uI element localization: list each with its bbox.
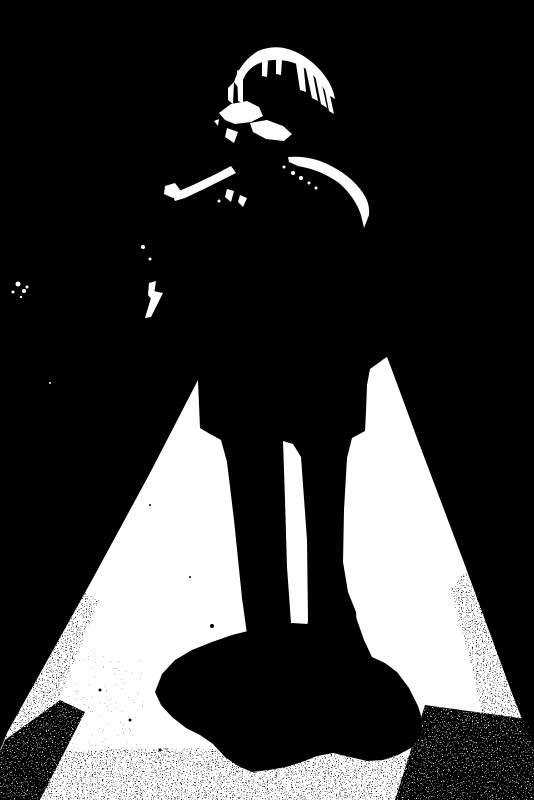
bg-speck xyxy=(20,296,22,298)
floor-speck xyxy=(129,719,132,722)
photo-svg: Figure standing in a beam of light xyxy=(0,0,534,800)
coat-speck xyxy=(141,245,145,249)
floor-speck xyxy=(99,689,102,692)
photo-canvas: Figure standing in a beam of light xyxy=(0,0,534,800)
floor-speck xyxy=(66,606,69,609)
shoulder-speck xyxy=(299,176,303,180)
floor-speck xyxy=(149,504,151,506)
coat-speck xyxy=(149,258,152,261)
shoulder-speck xyxy=(291,171,295,175)
floor-speck xyxy=(189,576,191,578)
hair-strand xyxy=(276,59,282,75)
bg-speck xyxy=(22,289,26,293)
floor-speck xyxy=(159,749,162,752)
shoulder-speck xyxy=(315,187,318,190)
bg-speck xyxy=(12,291,15,294)
shoulder-speck xyxy=(308,182,311,185)
mid-floor-grain xyxy=(35,640,150,760)
shoulder-speck xyxy=(283,166,286,169)
bg-speck xyxy=(16,282,21,287)
bg-speck xyxy=(26,286,29,289)
strap-speck xyxy=(218,200,221,203)
floor-speck xyxy=(210,624,214,628)
hair-strand xyxy=(262,61,268,77)
bg-speck xyxy=(49,382,51,384)
